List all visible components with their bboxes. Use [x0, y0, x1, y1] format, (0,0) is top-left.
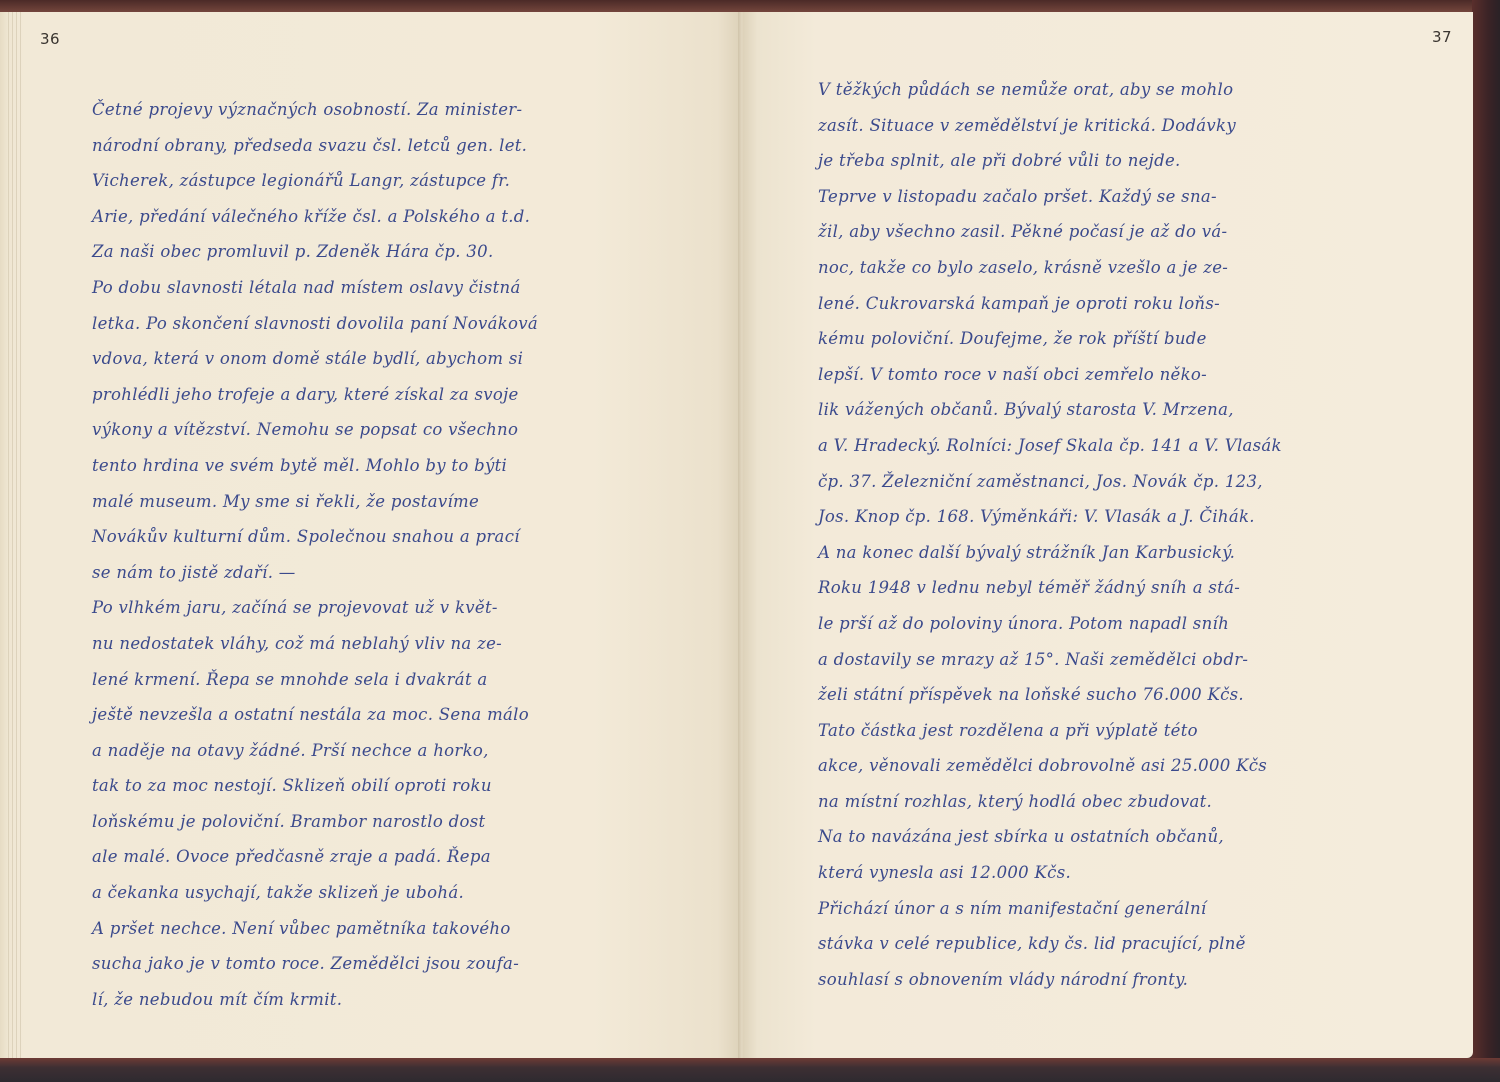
text-line: sucha jako je v tomto roce. Zemědělci js… — [92, 946, 722, 982]
text-line: želi státní příspěvek na loňské sucho 76… — [818, 677, 1458, 713]
text-line: letka. Po skončení slavnosti dovolila pa… — [92, 306, 722, 342]
text-line: a čekanka usychají, takže sklizeň je ubo… — [92, 875, 722, 911]
book-spread: 36 37 Četné projevy význačných osobností… — [0, 0, 1500, 1082]
text-line: lené krmení. Řepa se mnohde sela i dvakr… — [92, 662, 722, 698]
text-line: se nám to jistě zdaří. — — [92, 555, 722, 591]
text-line: akce, věnovali zemědělci dobrovolně asi … — [818, 748, 1458, 784]
text-line: le prší až do poloviny února. Potom napa… — [818, 606, 1458, 642]
text-line: čp. 37. Železniční zaměstnanci, Jos. Nov… — [818, 464, 1458, 500]
text-line: loňskému je poloviční. Brambor narostlo … — [92, 804, 722, 840]
text-line: a naděje na otavy žádné. Prší nechce a h… — [92, 733, 722, 769]
text-line: Na to navázána jest sbírka u ostatních o… — [818, 819, 1458, 855]
text-line: noc, takže co bylo zaselo, krásně vzešlo… — [818, 250, 1458, 286]
page-number-right: 37 — [1432, 28, 1452, 46]
text-line: Za naši obec promluvil p. Zdeněk Hára čp… — [92, 234, 722, 270]
text-line: tento hrdina ve svém bytě měl. Mohlo by … — [92, 448, 722, 484]
text-line: lik vážených občanů. Bývalý starosta V. … — [818, 392, 1458, 428]
text-line: A pršet nechce. Není vůbec pamětníka tak… — [92, 911, 722, 947]
left-page-handwritten-text: Četné projevy význačných osobností. Za m… — [92, 92, 722, 1017]
text-line: a V. Hradecký. Rolníci: Josef Skala čp. … — [818, 428, 1458, 464]
book-cover-right-edge — [1472, 0, 1500, 1082]
text-line: na místní rozhlas, který hodlá obec zbud… — [818, 784, 1458, 820]
book-cover-bottom-edge — [0, 1058, 1500, 1082]
text-line: stávka v celé republice, kdy čs. lid pra… — [818, 926, 1458, 962]
page-edge-lines — [8, 12, 24, 1058]
text-line: ještě nevzešla a ostatní nestála za moc.… — [92, 697, 722, 733]
text-line: A na konec další bývalý strážník Jan Kar… — [818, 535, 1458, 571]
text-line: prohlédli jeho trofeje a dary, které zís… — [92, 377, 722, 413]
text-line: a dostavily se mrazy až 15°. Naši zemědě… — [818, 642, 1458, 678]
text-line: Vicherek, zástupce legionářů Langr, zást… — [92, 163, 722, 199]
text-line: národní obrany, předseda svazu čsl. letc… — [92, 128, 722, 164]
page-number-left: 36 — [40, 30, 60, 48]
text-line: Novákův kulturní dům. Společnou snahou a… — [92, 519, 722, 555]
text-line: Po vlhkém jaru, začíná se projevovat už … — [92, 590, 722, 626]
text-line: lené. Cukrovarská kampaň je oproti roku … — [818, 286, 1458, 322]
text-line: Přichází únor a s ním manifestační gener… — [818, 891, 1458, 927]
text-line: lí, že nebudou mít čím krmit. — [92, 982, 722, 1018]
text-line: Arie, předání válečného kříže čsl. a Pol… — [92, 199, 722, 235]
text-line: tak to za moc nestojí. Sklizeň obilí opr… — [92, 768, 722, 804]
text-line: je třeba splnit, ale při dobré vůli to n… — [818, 143, 1458, 179]
text-line: kému poloviční. Doufejme, že rok příští … — [818, 321, 1458, 357]
text-line: žil, aby všechno zasil. Pěkné počasí je … — [818, 214, 1458, 250]
text-line: souhlasí s obnovením vlády národní front… — [818, 962, 1458, 998]
text-line: Tato částka jest rozdělena a při výplatě… — [818, 713, 1458, 749]
text-line: která vynesla asi 12.000 Kčs. — [818, 855, 1458, 891]
text-line: Četné projevy význačných osobností. Za m… — [92, 92, 722, 128]
text-line: Po dobu slavnosti létala nad místem osla… — [92, 270, 722, 306]
right-page-handwritten-text: V těžkých půdách se nemůže orat, aby se … — [818, 72, 1458, 997]
text-line: malé museum. My sme si řekli, že postaví… — [92, 484, 722, 520]
text-line: ale malé. Ovoce předčasně zraje a padá. … — [92, 839, 722, 875]
text-line: zasít. Situace v zemědělství je kritická… — [818, 108, 1458, 144]
text-line: Roku 1948 v lednu nebyl téměř žádný sníh… — [818, 570, 1458, 606]
text-line: Jos. Knop čp. 168. Výměnkáři: V. Vlasák … — [818, 499, 1458, 535]
text-line: V těžkých půdách se nemůže orat, aby se … — [818, 72, 1458, 108]
text-line: nu nedostatek vláhy, což má neblahý vliv… — [92, 626, 722, 662]
text-line: vdova, která v onom domě stále bydlí, ab… — [92, 341, 722, 377]
text-line: výkony a vítězství. Nemohu se popsat co … — [92, 412, 722, 448]
text-line: Teprve v listopadu začalo pršet. Každý s… — [818, 179, 1458, 215]
text-line: lepší. V tomto roce v naší obci zemřelo … — [818, 357, 1458, 393]
